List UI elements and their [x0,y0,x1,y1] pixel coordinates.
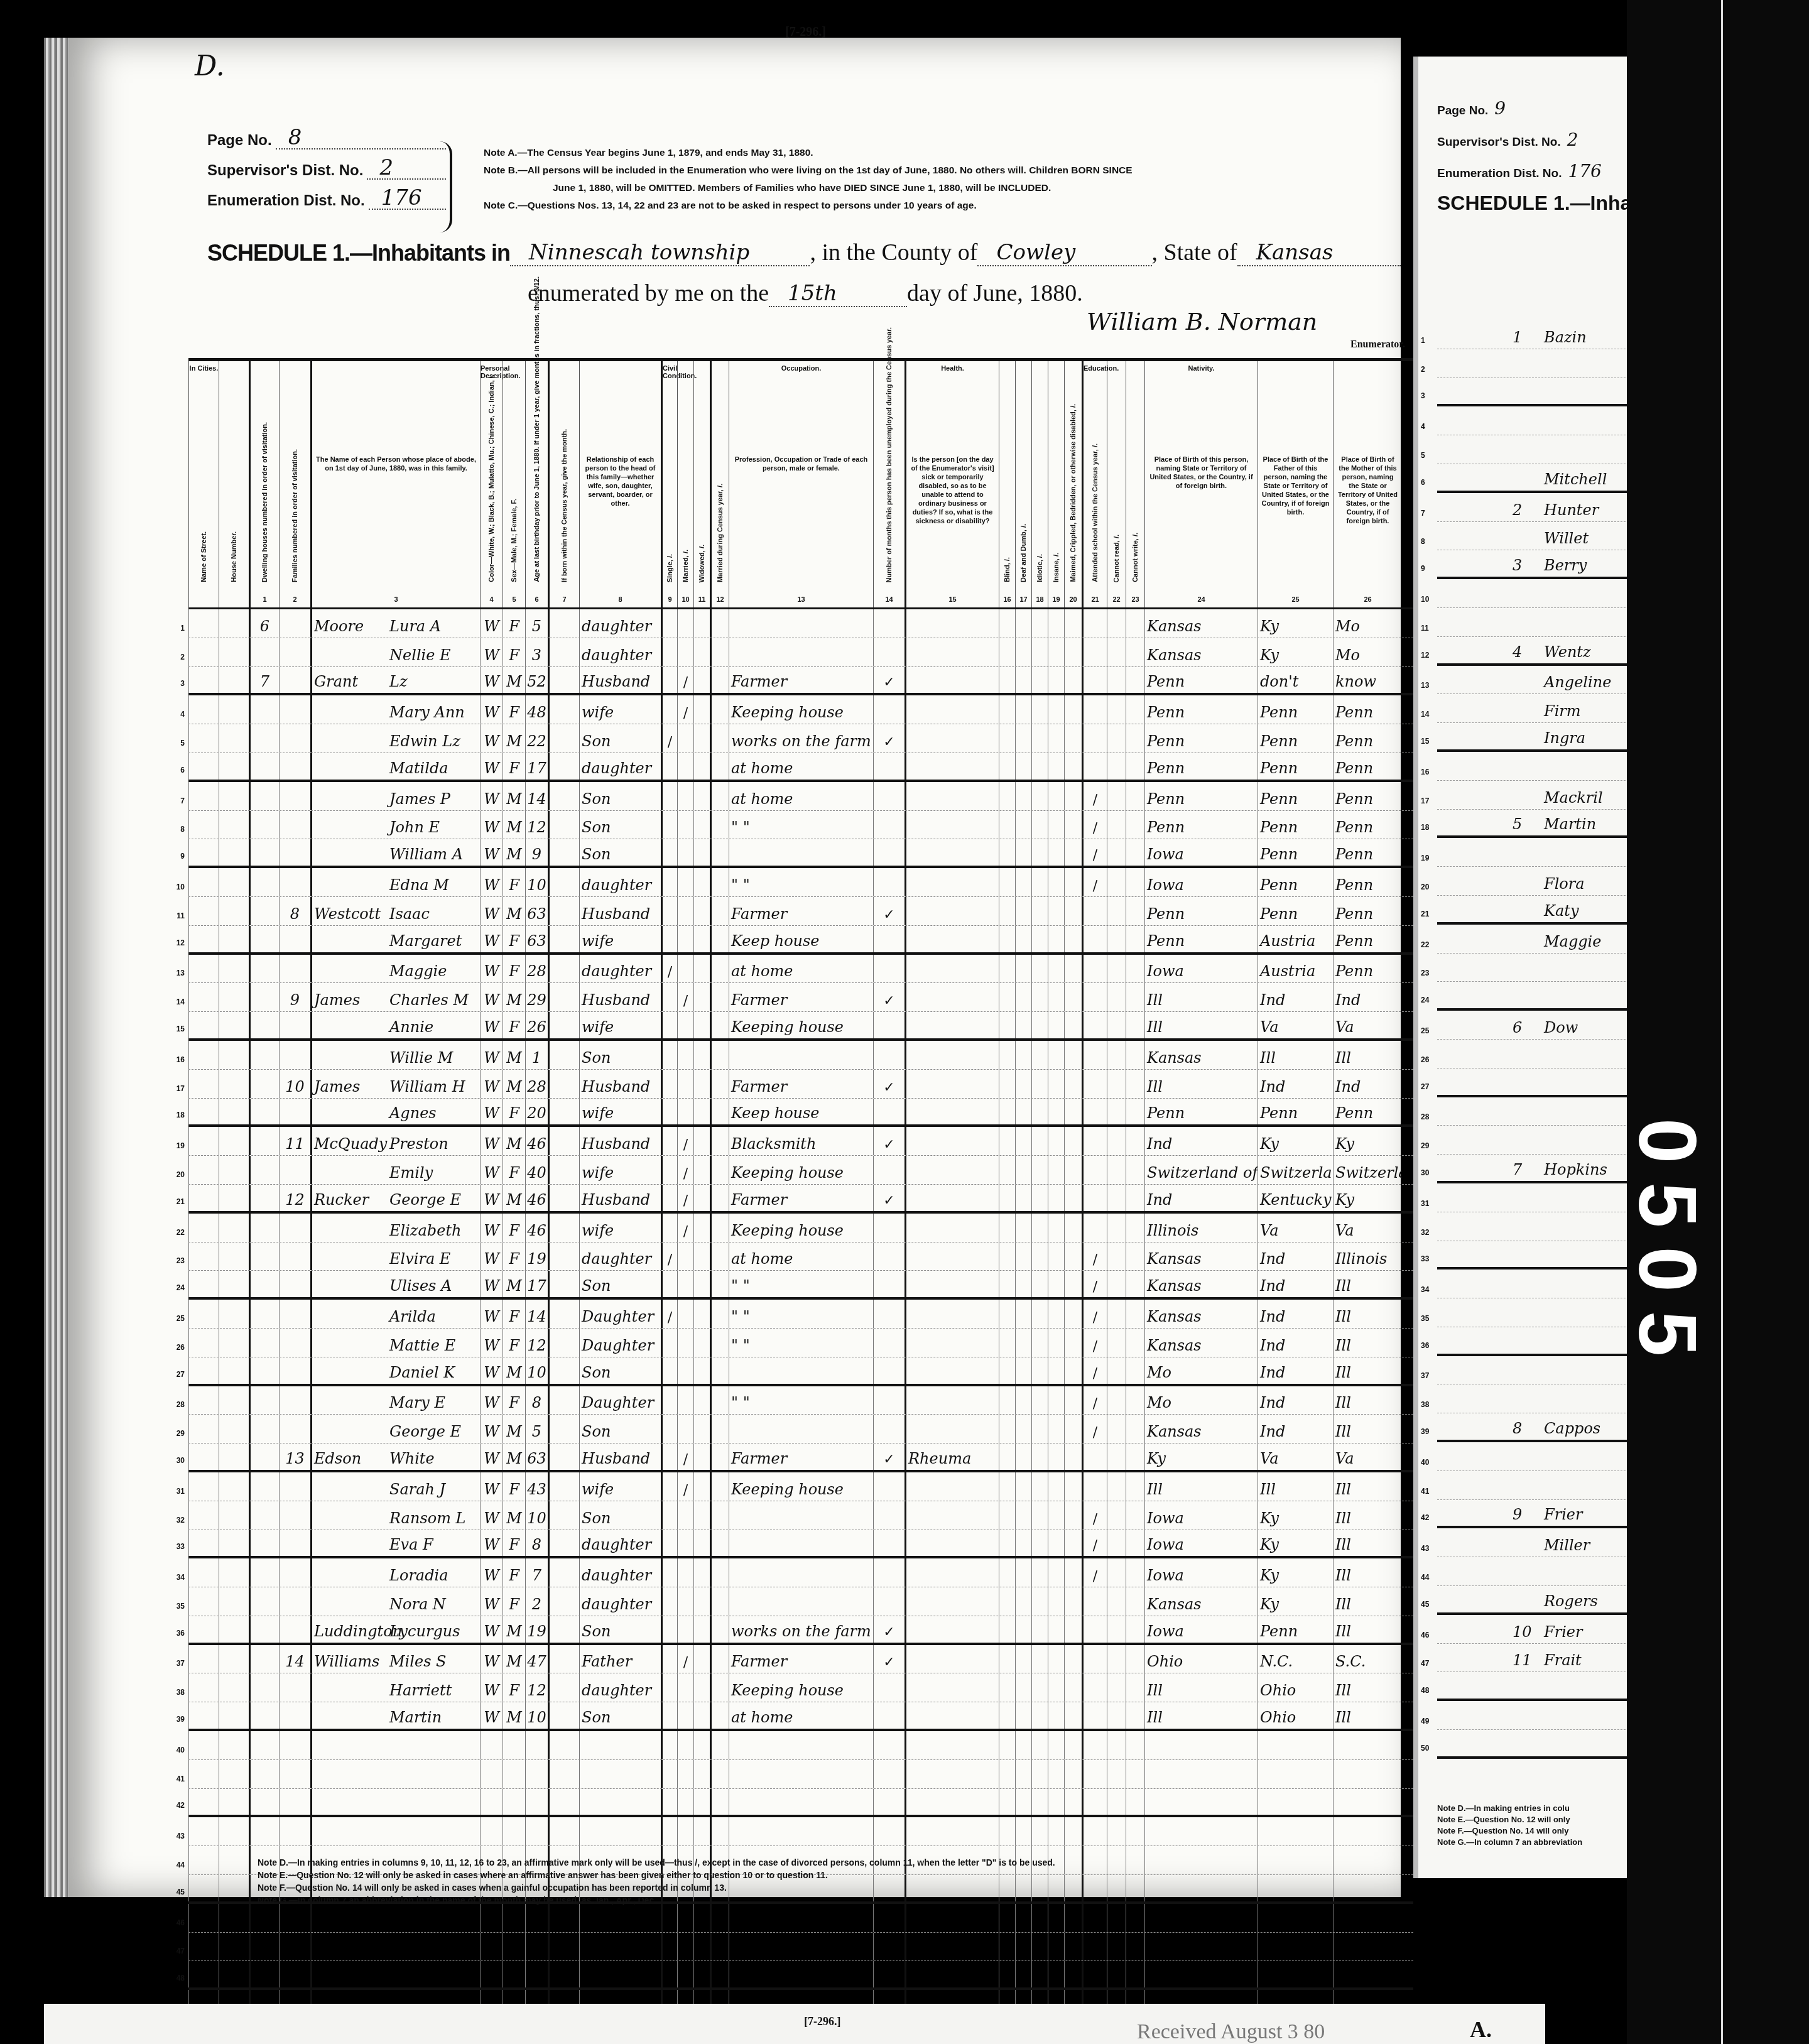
cell-empty [1048,695,1064,724]
cell-unemp [873,926,905,952]
cell-unemp: ✓ [873,983,905,1011]
cell-age: 5 [525,1415,548,1443]
surname: Williams [314,1653,389,1670]
cell-age: 46 [525,1127,548,1155]
cell-empty [1126,782,1144,810]
cell-fam [279,1817,310,1846]
cell-single [661,1817,677,1846]
cell-sick [905,1242,999,1271]
surname: James [314,991,389,1009]
cell-empty [1107,1501,1126,1530]
cell-empty [188,1875,219,1901]
cell-empty [1015,811,1031,839]
cell-mob: Penn [1333,782,1402,810]
cell-pob [1144,1961,1258,1987]
cell-fam [279,955,310,983]
cell-name: Mary Ann [310,695,480,724]
cell-empty [548,1357,579,1384]
cell-married [677,868,693,896]
cell-pob: Ill [1144,1472,1258,1501]
cell-married [677,1961,693,1987]
cell-empty [1064,1443,1082,1470]
cell-empty [1064,1012,1082,1038]
cell-dw [249,839,279,866]
cell-empty [548,1933,579,1961]
cell-occ: Farmer [729,1070,873,1098]
col-deaf: Deaf and Dumb, /.17 [1015,361,1031,607]
cell-empty [999,1070,1015,1098]
cell-fob: Ohio [1258,1673,1333,1702]
page-letter: A. [1470,2016,1492,2043]
cell-empty [1015,1530,1031,1557]
row-number: 23 [171,1256,185,1265]
cell-name: Martin [310,1702,480,1729]
cell-dw [249,1156,279,1184]
row-number: 48 [171,1974,185,1982]
table-row: 13MaggieWF28daughter/at homeIowaAustriaP… [188,955,1413,984]
cell-pob [1144,1817,1258,1846]
cell-empty [1048,868,1064,896]
cell-pob: Ill [1144,1012,1258,1038]
cell-fob: Va [1258,1443,1333,1470]
cell-rel: Son [579,1501,661,1530]
cell-empty [219,868,249,896]
row-number: 28 [1421,1112,1429,1121]
cell-occ: Keep house [729,926,873,952]
cell-fob: Ind [1258,1386,1333,1415]
cell-empty [693,1616,710,1643]
table-row: 35Nora NWF2daughterKansasKyIll [188,1587,1413,1616]
cell-empty [999,1041,1015,1069]
cell-empty [548,1300,579,1328]
cell-school: / [1082,1242,1107,1271]
cell-empty [1107,1789,1126,1815]
cell-empty [710,1587,729,1616]
row-number: 44 [1421,1573,1429,1582]
cell-school [1082,1961,1107,1987]
cell-empty [548,1731,579,1759]
cell-empty [1048,1415,1064,1443]
cell-fob: Ky [1258,1558,1333,1587]
surname: Moore [314,617,389,635]
cell-pob: Kansas [1144,1415,1258,1443]
cell-age [525,1933,548,1961]
cell-empty [1064,839,1082,866]
col-age: Age at last birthday prior to June 1, 18… [525,361,548,607]
cell-pob: Kansas [1144,1041,1258,1069]
cell-pob [1144,1904,1258,1932]
cell-empty [999,1587,1015,1616]
cell-empty [548,1904,579,1932]
cell-pob [1144,1933,1258,1961]
row-number: 40 [1421,1458,1429,1467]
cell-sick [905,609,999,638]
cell-color [480,1731,503,1759]
cell-empty [999,1443,1015,1470]
cell-color: W [480,1558,503,1587]
cell-occ: Farmer [729,983,873,1011]
cell-married [677,811,693,839]
cell-unemp [873,1760,905,1788]
cell-fob: don't [1258,667,1333,693]
cell-empty [1107,1760,1126,1788]
row-number: 27 [171,1370,185,1379]
cell-single: / [661,955,677,983]
cell-school [1082,1070,1107,1098]
cell-empty [188,1271,219,1297]
cell-empty [1107,983,1126,1011]
cell-single [661,1271,677,1297]
right-table-row: 21Katy [1437,896,1632,925]
cell-fob: Ill [1258,1041,1333,1069]
cell-dw [249,1789,279,1815]
given-name: Annie [389,1018,433,1036]
cell-empty [710,1789,729,1815]
table-row: 33Eva FWF8daughter/IowaKyIll [188,1530,1413,1559]
cell-married [677,1329,693,1357]
cell-empty [1126,1846,1144,1874]
cell-empty [693,983,710,1011]
cell-name: Sarah J [310,1472,480,1501]
cell-fam: 12 [279,1185,310,1211]
cell-school: / [1082,1558,1107,1587]
row-number: 24 [171,1283,185,1292]
cell-unemp [873,1156,905,1184]
cell-empty [1064,782,1082,810]
cell-empty [1107,1415,1126,1443]
cell-age: 63 [525,926,548,952]
right-table-row: 41 [1437,1471,1632,1500]
cell-fam [279,1789,310,1815]
cell-empty [1126,1645,1144,1673]
cell-mob: Va [1333,1012,1402,1038]
cell-empty [693,1530,710,1557]
cell-empty [693,1012,710,1038]
cell-age: 12 [525,1673,548,1702]
table-row: 27Daniel KWM10Son/MoIndIll [188,1357,1413,1386]
cell-occ [729,1933,873,1961]
cell-empty [1126,955,1144,983]
cell-empty [1015,1386,1031,1415]
cell-empty [219,1875,249,1901]
right-table-row: 27 [1437,1068,1632,1097]
cell-empty [1015,609,1031,638]
cell-empty [219,1070,249,1098]
cell-empty [1031,1817,1048,1846]
cell-empty [1015,1041,1031,1069]
row-number: 20 [171,1170,185,1179]
cell-empty [1126,1443,1144,1470]
surname: Bazin [1544,329,1587,346]
cell-color: W [480,839,503,866]
cell-empty [548,695,579,724]
received-stamp: Received August 3 80 [1137,2020,1325,2044]
cell-empty [1031,782,1048,810]
cell-dw [249,1271,279,1297]
cell-fob [1258,1817,1333,1846]
given-name: Elizabeth [389,1222,462,1239]
cell-empty [1126,811,1144,839]
cell-empty [693,1587,710,1616]
cell-empty [1048,839,1064,866]
cell-color [480,1817,503,1846]
table-row: 34LoradiaWF7daughter/IowaKyIll [188,1558,1413,1587]
cell-empty [1031,1300,1048,1328]
cell-empty [188,1386,219,1415]
table-row: 42 [188,1789,1413,1818]
cell-empty [693,1329,710,1357]
cell-single [661,1702,677,1729]
cell-empty [548,1127,579,1155]
cell-fob: Austria [1258,926,1333,952]
cell-empty [999,1271,1015,1297]
cell-sick: Rheuma [905,1443,999,1470]
cell-rel: Son [579,724,661,753]
cell-empty [1126,667,1144,693]
cell-sex [503,1961,525,1987]
right-table-row: 33 [1437,1241,1632,1270]
cell-empty [1107,724,1126,753]
cell-single [661,1673,677,1702]
cell-dw [249,1386,279,1415]
cell-name [310,1731,480,1759]
cell-name: RuckerGeorge E [310,1185,480,1211]
right-table-row: 40 [1437,1442,1632,1471]
cell-pob: Penn [1144,811,1258,839]
cell-unemp [873,782,905,810]
cell-empty [188,1558,219,1587]
family-number: 4 [1513,643,1522,661]
cell-mob [1333,1875,1402,1901]
cell-rel: Father [579,1645,661,1673]
cell-empty [1126,897,1144,925]
cell-empty [1126,1789,1144,1815]
given-name: Mattie E [389,1337,455,1354]
right-schedule-title: SCHEDULE 1.—Inhabi [1437,192,1649,215]
cell-color: W [480,1214,503,1242]
cell-empty [1031,1530,1048,1557]
cell-empty [1015,897,1031,925]
cell-sex: F [503,1329,525,1357]
cell-empty [710,1616,729,1643]
cell-dw [249,1961,279,1987]
col-sickness: Health.Is the person [on the day of the … [905,361,999,607]
cell-sex: F [503,1156,525,1184]
cell-empty [219,1616,249,1643]
cell-dw [249,1673,279,1702]
row-number: 45 [1421,1600,1429,1609]
cell-name: Nellie E [310,638,480,666]
cell-pob: Penn [1144,724,1258,753]
cell-age: 28 [525,1070,548,1098]
cell-empty [1031,695,1048,724]
cell-empty [1015,1501,1031,1530]
cell-empty [999,839,1015,866]
cell-empty [1031,926,1048,952]
cell-occ: Keep house [729,1099,873,1125]
cell-empty [1107,1300,1126,1328]
cell-fob: Penn [1258,868,1333,896]
cell-empty [548,926,579,952]
cell-fob [1258,1961,1333,1987]
cell-school: / [1082,1271,1107,1297]
cell-occ [729,609,873,638]
cell-married: / [677,1127,693,1155]
cell-married [677,1702,693,1729]
cell-empty [219,1242,249,1271]
cell-empty [1126,609,1144,638]
cell-color: W [480,1099,503,1125]
cell-rel: Husband [579,983,661,1011]
cell-empty [1064,1415,1082,1443]
cell-empty [548,897,579,925]
cell-empty [693,753,710,780]
cell-empty [999,1904,1015,1932]
cell-single [661,926,677,952]
cell-sick [905,811,999,839]
cell-fam: 11 [279,1127,310,1155]
cell-empty [999,926,1015,952]
cell-empty [1031,1961,1048,1987]
cell-empty [1015,1616,1031,1643]
cell-dw [249,1127,279,1155]
cell-empty [693,1357,710,1384]
cell-pob: Iowa [1144,1558,1258,1587]
cell-fob [1258,1933,1333,1961]
cell-occ: " " [729,1386,873,1415]
cell-empty [1126,1386,1144,1415]
cell-empty [710,1012,729,1038]
cell-rel [579,1817,661,1846]
cell-empty [1064,1817,1082,1846]
cell-mob: Ill [1333,1300,1402,1328]
cell-empty [1015,638,1031,666]
cell-empty [693,926,710,952]
cell-married [677,1386,693,1415]
right-table-row: 34 [1437,1269,1632,1298]
cell-sick [905,926,999,952]
cell-empty [1107,811,1126,839]
cell-single [661,1357,677,1384]
cell-fob: Ind [1258,1271,1333,1297]
cell-mob: Ill [1333,1673,1402,1702]
cell-mob [1333,1731,1402,1759]
cell-mob: Mo [1333,638,1402,666]
cell-empty [710,1041,729,1069]
cell-unemp: ✓ [873,1443,905,1470]
right-table-row: 48 [1437,1672,1632,1701]
cell-unemp [873,638,905,666]
cell-empty [999,897,1015,925]
cell-empty [1031,839,1048,866]
cell-empty [1031,1904,1048,1932]
cell-pob [1144,1875,1258,1901]
cell-empty [188,1415,219,1443]
cell-pob: Penn [1144,897,1258,925]
enum-day: 15th [769,281,907,307]
row-number: 3 [1421,391,1425,400]
cell-empty [1107,926,1126,952]
cell-empty [999,1933,1015,1961]
cell-dw [249,983,279,1011]
cell-empty [188,1041,219,1069]
cell-fob: Penn [1258,724,1333,753]
cell-school [1082,1817,1107,1846]
row-number: 19 [1421,854,1429,862]
cell-empty [1107,1933,1126,1961]
row-number: 36 [171,1629,185,1638]
cell-sick [905,1214,999,1242]
cell-dw [249,1558,279,1587]
cell-empty [999,1386,1015,1415]
family-number: 1 [1513,329,1522,346]
cell-rel: Son [579,1616,661,1643]
cell-empty [219,1817,249,1846]
township-value: Ninnescah township [510,240,810,266]
cell-empty [1048,782,1064,810]
cell-color: W [480,1587,503,1616]
cell-color: W [480,695,503,724]
right-table-row: 4610Frier [1437,1615,1632,1644]
cell-empty [1064,1702,1082,1729]
cell-fam: 9 [279,983,310,1011]
cell-empty [710,667,729,693]
note-g: Note G.—In column 7 an abbreviation in t… [258,1894,1055,1906]
cell-occ [729,1357,873,1384]
cell-sick [905,1702,999,1729]
right-table-row: 8Willet [1437,522,1632,551]
given-name: Lycurgus [389,1623,460,1640]
cell-empty [999,1817,1015,1846]
col-name: The Name of each Person whose place of a… [310,361,480,607]
given-name: Nellie E [389,646,451,664]
cell-dw [249,1214,279,1242]
row-number: 29 [1421,1141,1429,1150]
row-number: 34 [171,1573,185,1582]
cell-empty [219,1357,249,1384]
right-table-row: 22Maggie [1437,925,1632,954]
cell-sex: M [503,839,525,866]
cell-empty [219,1702,249,1729]
cell-fam [279,1731,310,1759]
table-row: 41 [188,1760,1413,1789]
col-family: Families numbered in order of visitation… [279,361,310,607]
cell-empty [1048,955,1064,983]
cell-color: W [480,1156,503,1184]
cell-empty [1064,695,1082,724]
cell-empty [1031,1731,1048,1759]
cell-empty [548,868,579,896]
cell-empty [1107,1242,1126,1271]
table-row: 16MooreLura AWF5daughterKansasKyMo [188,609,1413,638]
cell-pob [1144,1731,1258,1759]
cell-empty [188,667,219,693]
surname: Maggie [1544,933,1602,950]
cell-rel [579,1789,661,1815]
cell-school [1082,983,1107,1011]
cell-sex: M [503,1185,525,1211]
row-number: 8 [1421,537,1425,546]
census-page-left: [7-296.] D. Page No. 8 Supervisor's Dist… [44,38,1401,1897]
table-row: 20EmilyWF40wife/Keeping houseSwitzerland… [188,1156,1413,1185]
cell-pob: Ky [1144,1443,1258,1470]
cell-empty [1064,609,1082,638]
row-number: 18 [1421,823,1429,832]
col-cannot-write: Cannot write, /.23 [1126,361,1144,607]
cell-empty [219,955,249,983]
cell-empty [188,1904,219,1932]
cell-name [310,1760,480,1788]
